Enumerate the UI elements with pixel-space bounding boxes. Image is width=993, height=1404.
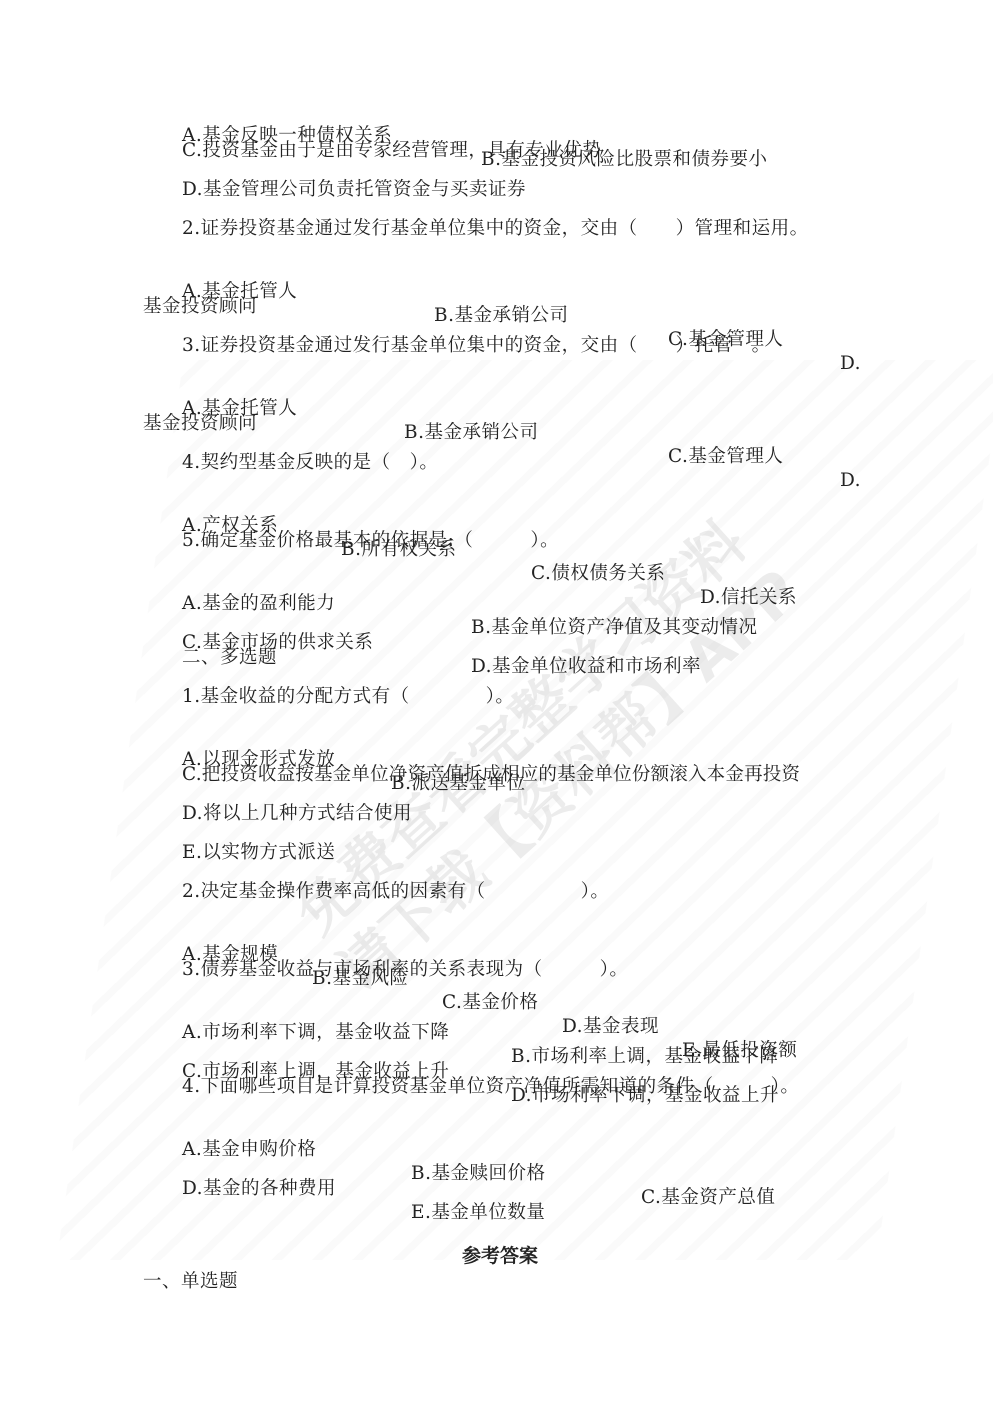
single-q5-option-a: A.基金的盈利能力 — [182, 592, 335, 616]
single-q3-stem: 3.证券投资基金通过发行基金单位集中的资金，交由（ ）托管 。 — [182, 334, 771, 358]
single-q1-option-d: D.基金管理公司负责托管资金与买卖证券 — [182, 178, 526, 202]
single-q3-option-c: C.基金管理人 — [668, 445, 783, 469]
multi-q4-stem: 4.下面哪些项目是计算投资基金单位资产净值所需知道的条件（ ）。 — [182, 1075, 799, 1099]
single-q5-options-row-2: C.基金市场的供求关系 D.基金单位收益和市场利率 — [0, 607, 26, 703]
single-q1-options-row-1: A.基金反映一种债权关系 B.基金投资风险比股票和债券要小 — [0, 100, 26, 196]
multi-q4-options-row-2: D.基金的各种费用 E.基金单位数量 — [0, 1153, 26, 1249]
document-page: 免费查看完整学习资料 请下载【资料帮】APP A.基金反映一种债权关系 B.基金… — [0, 0, 993, 1404]
multi-q4-option-a: A.基金申购价格 — [182, 1138, 316, 1162]
multi-q2-option-d: D.基金表现 — [562, 1015, 659, 1039]
single-q2-option-d-prefix: D. — [840, 352, 861, 376]
multi-q2-option-c: C.基金价格 — [442, 991, 538, 1015]
answers-section-single-title: 一、单选题 — [143, 1270, 238, 1294]
answers-title: 参考答案 — [462, 1241, 538, 1268]
multi-q1-option-d: D.将以上几种方式结合使用 — [182, 802, 412, 826]
single-q3-option-d-prefix: D. — [840, 469, 861, 493]
multi-q4-option-d: D.基金的各种费用 — [182, 1177, 336, 1201]
multi-q1-option-c: C.把投资收益按基金单位净资产值折成相应的基金单位份额滚入本金再投资 — [182, 763, 800, 787]
single-q3-option-b: B.基金承销公司 — [404, 421, 538, 445]
single-q2-stem: 2.证券投资基金通过发行基金单位集中的资金，交由（ ）管理和运用。 — [182, 217, 809, 241]
multi-q1-options-row: A.以现金形式发放 B.派送基金单位 — [0, 724, 26, 820]
multi-q2-stem: 2.决定基金操作费率高低的因素有（ ）。 — [182, 880, 609, 904]
single-q5-stem: 5.确定基金价格最基本的依据是:（ ）。 — [182, 529, 559, 553]
single-q3-option-d-text: 基金投资顾问 — [143, 412, 257, 436]
multi-q1-stem: 1.基金收益的分配方式有（ ）。 — [182, 685, 514, 709]
multi-q4-option-e: E.基金单位数量 — [411, 1201, 545, 1225]
section-multi-title: 二、多选题 — [182, 646, 277, 670]
multi-q1-option-e: E.以实物方式派送 — [182, 841, 335, 865]
multi-q3-option-b: B.市场利率上调，基金收益下降 — [511, 1045, 778, 1069]
single-q2-option-d-text: 基金投资顾问 — [143, 295, 257, 319]
single-q2-option-b: B.基金承销公司 — [434, 304, 568, 328]
multi-q4-option-b: B.基金赎回价格 — [411, 1162, 545, 1186]
single-q5-option-b: B.基金单位资产净值及其变动情况 — [471, 616, 757, 640]
multi-q3-option-a: A.市场利率下调，基金收益下降 — [182, 1021, 449, 1045]
single-q4-stem: 4.契约型基金反映的是（ ）。 — [182, 451, 438, 475]
single-q4-option-d: D.信托关系 — [700, 586, 797, 610]
single-q5-option-d: D.基金单位收益和市场利率 — [471, 655, 701, 679]
multi-q4-option-c: C.基金资产总值 — [641, 1186, 775, 1210]
single-q1-option-c: C.投资基金由于是由专家经营管理，具有专业优势 — [182, 139, 601, 163]
multi-q3-stem: 3.债券基金收益与市场利率的关系表现为（ ）。 — [182, 958, 628, 982]
single-q4-option-c: C.债权债务关系 — [531, 562, 665, 586]
